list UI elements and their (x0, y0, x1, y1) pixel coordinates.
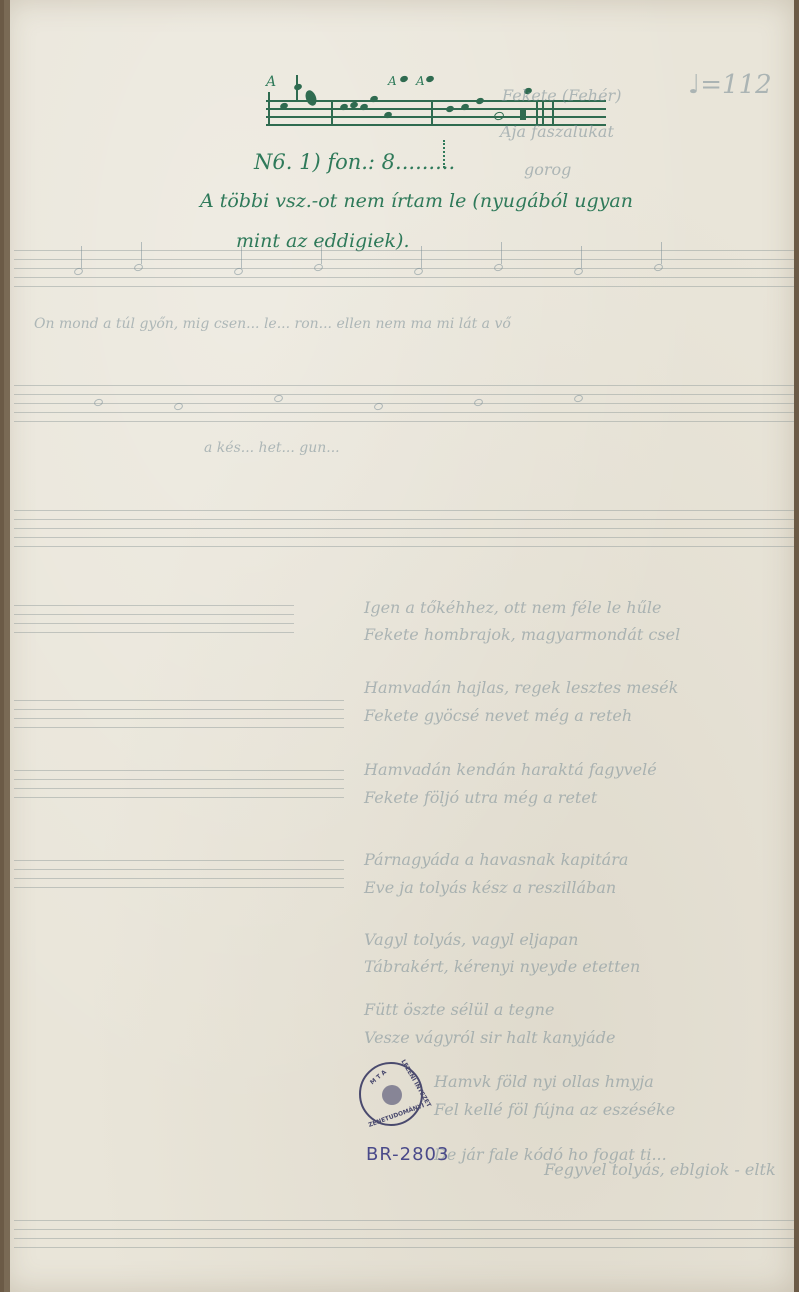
lyric-line-1: On mond a túl győn, mig csen... le... ro… (34, 316, 511, 332)
stamp-top-text: M T A (369, 1069, 388, 1087)
faint-staff-left-3 (14, 770, 344, 806)
margin-note-2: Aja faszalukat (500, 122, 614, 141)
lyric-line-11: Vagyl tolyás, vagyl eljapan (364, 930, 578, 949)
lyric-line-16: Fel kellé föl fújna az eszéséke (434, 1100, 675, 1119)
annotation-line-2: A többi vsz.-ot nem írtam le (nyugából u… (200, 190, 633, 212)
lyric-line-9: Párnagyáda a havasnak kapitára (364, 850, 628, 869)
library-stamp: M T A LEZENI INTEZET ZENETUDOMÁNYI (359, 1062, 423, 1126)
shelfmark: BR-2803 (366, 1144, 449, 1165)
lyric-line-10: Eve ja tolyás kész a reszillában (364, 878, 616, 897)
faint-staff-1 (14, 250, 794, 290)
margin-note-3: gorog (524, 160, 571, 179)
lyric-line-13: Fütt öszte sélül a tegne (364, 1000, 554, 1019)
annotation-line-1: N6. 1) fon.: 8......... (254, 150, 455, 174)
lyric-line-2: a kés... het... gun... (204, 440, 340, 456)
annotation-line-3: mint az eddigiek). (236, 230, 409, 252)
lyric-line-8: Fekete följó utra még a retet (364, 788, 597, 807)
incipit-letter-a1: A (266, 74, 276, 90)
margin-note-1: Fekete (Fehér) (502, 86, 621, 105)
stamp-emblem-icon (382, 1085, 402, 1105)
lyric-line-7: Hamvadán kendán haraktá fagyvelé (364, 760, 657, 779)
page-edge (4, 0, 10, 1292)
faint-staff-3 (14, 510, 794, 550)
faint-staff-left-2 (14, 700, 344, 736)
manuscript-page: A A A N6. 1) fon.: 8......... A többi vs… (4, 0, 794, 1292)
lyric-line-6: Fekete gyöcsé nevet még a reteh (364, 706, 632, 725)
lyric-line-14: Vesze vágyról sir halt kanyjáde (364, 1028, 615, 1047)
lyric-line-12: Tábrakért, kérenyi nyeyde etetten (364, 957, 640, 976)
stamp-right-text: LEZENI INTEZET (399, 1058, 432, 1108)
incipit-letter-a2: A (388, 74, 397, 88)
lyric-line-5: Hamvadán hajlas, regek lesztes mesék (364, 678, 678, 697)
faint-staff-left-4 (14, 860, 344, 896)
stamp-bottom-text: ZENETUDOMÁNYI (368, 1102, 426, 1129)
lyric-line-3: Igen a tőkéhhez, ott nem féle le hűle (364, 598, 662, 617)
lyric-line-18: Fegyvel tolyás, eblgiok - eltk (544, 1160, 776, 1179)
faint-staff-left-1 (14, 605, 294, 641)
annotation-dotted-bracket (441, 140, 445, 168)
lyric-line-4: Fekete hombrajok, magyarmondát csel (364, 625, 680, 644)
faint-staff-bottom (14, 1220, 794, 1256)
margin-tempo-mark: ♩=112 (688, 70, 772, 100)
incipit-letter-a3: A (416, 74, 425, 88)
lyric-line-15: Hamvk föld nyi ollas hmyja (434, 1072, 654, 1091)
faint-staff-2 (14, 385, 794, 425)
